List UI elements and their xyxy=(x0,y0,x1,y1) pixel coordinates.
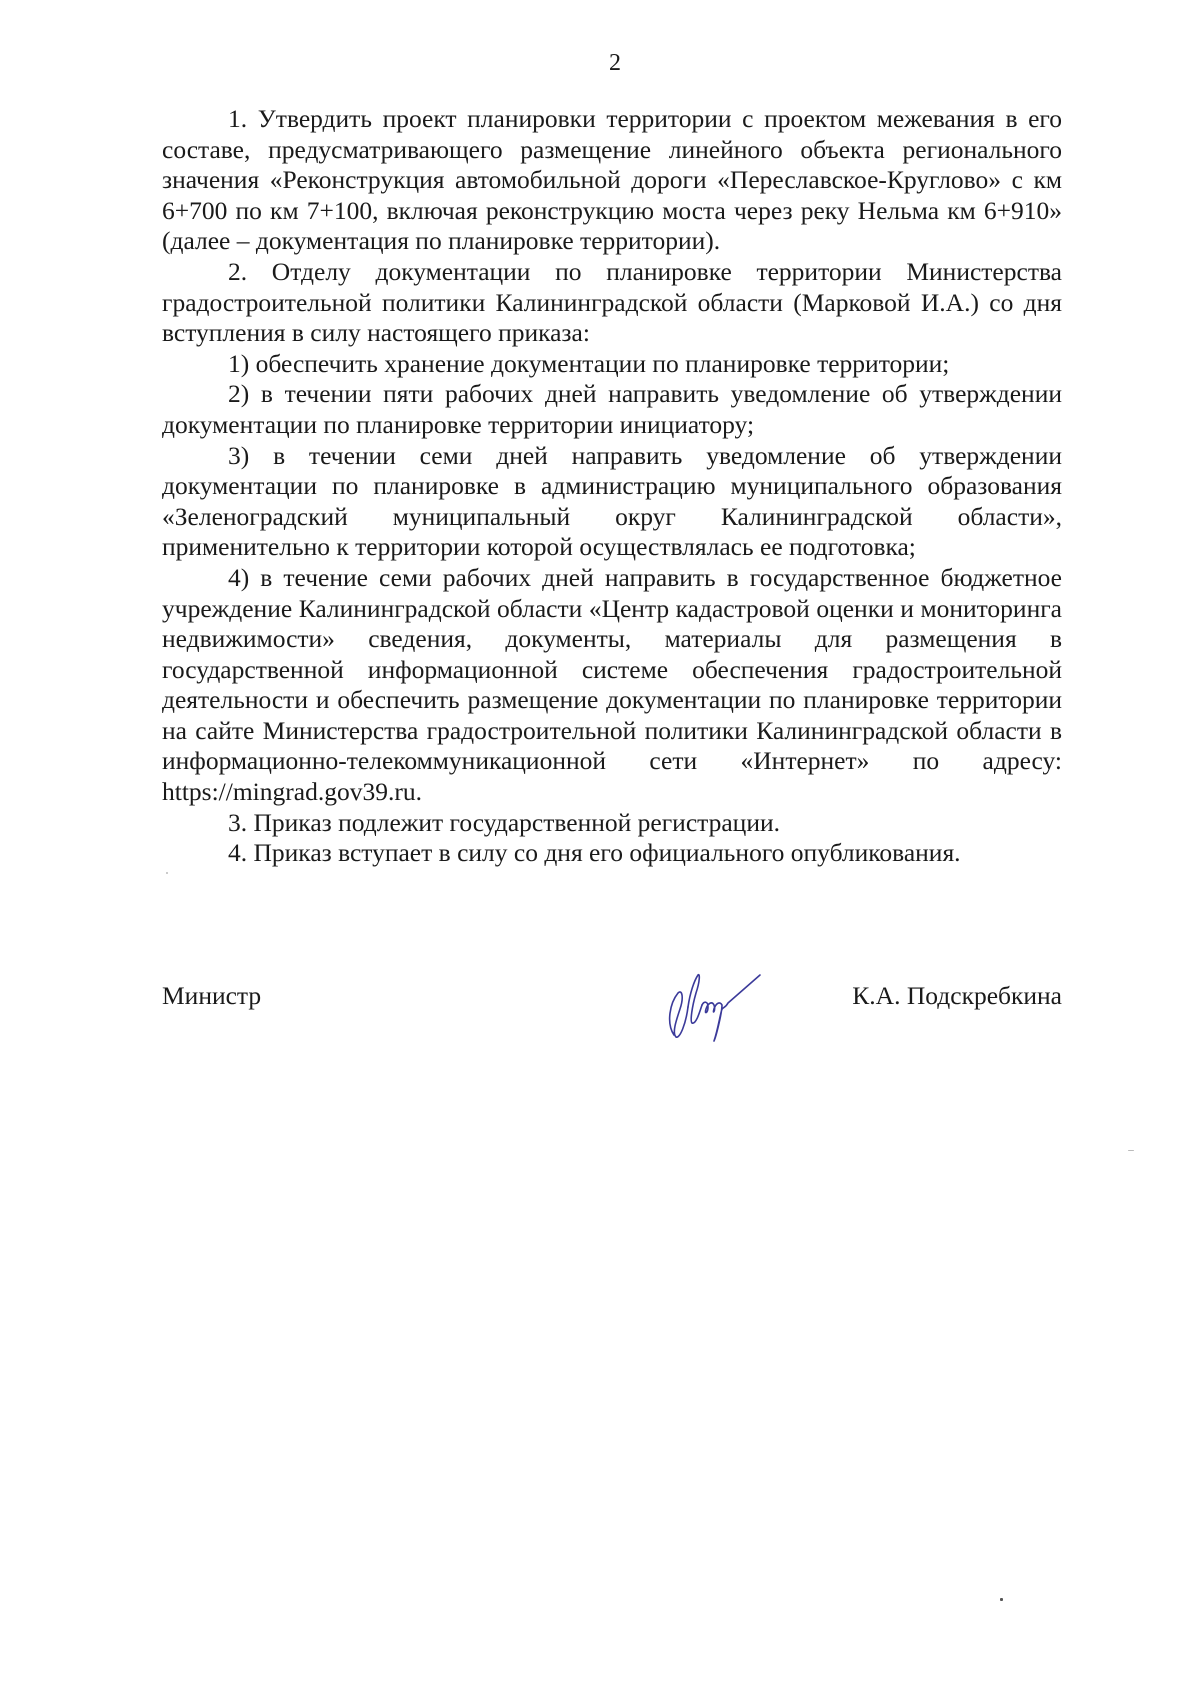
scan-speck xyxy=(1128,1150,1134,1151)
scan-speck xyxy=(166,872,168,874)
handwritten-signature-icon xyxy=(656,963,766,1043)
order-body: 1. Утвердить проект планировки территори… xyxy=(162,104,1062,869)
subitem-send-to-cadastre-center: 4) в течение семи рабочих дней направить… xyxy=(162,563,1062,808)
signatory-title: Министр xyxy=(162,981,261,1011)
subitem-notify-municipality: 3) в течении семи дней направить уведомл… xyxy=(162,441,1062,563)
subitem-notify-initiator: 2) в течении пяти рабочих дней направить… xyxy=(162,379,1062,440)
paragraph-state-registration: 3. Приказ подлежит государственной регис… xyxy=(162,808,1062,839)
paragraph-approve-project: 1. Утвердить проект планировки территори… xyxy=(162,104,1062,257)
signatory-name: К.А. Подскребкина xyxy=(852,981,1062,1011)
signature-block: Министр К.А. Подскребкина xyxy=(162,975,1062,1035)
paragraph-department-instructions: 2. Отделу документации по планировке тер… xyxy=(162,257,1062,349)
scan-speck xyxy=(1000,1598,1003,1601)
page-number: 2 xyxy=(0,50,1200,77)
subitem-storage: 1) обеспечить хранение документации по п… xyxy=(162,349,1062,380)
paragraph-entry-into-force: 4. Приказ вступает в силу со дня его офи… xyxy=(162,838,1062,869)
scan-speck xyxy=(318,148,320,150)
